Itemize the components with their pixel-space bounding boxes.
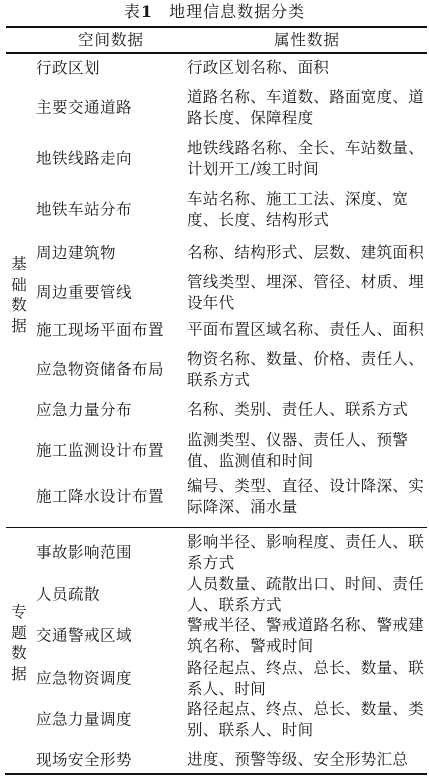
table-row: 人员疏散人员数量、疏散出口、时间、责任人、联系方式	[0, 574, 429, 616]
attribute-data-cell: 监测类型、仪器、责任人、预警值、监测值和时间	[187, 430, 425, 472]
table-row: 行政区划行政区划名称、面积	[0, 58, 429, 79]
table-row: 应急力量调度路径起点、终点、总长、数量、类别、联系人、时间	[0, 699, 429, 741]
attribute-data-cell: 行政区划名称、面积	[187, 58, 425, 79]
spatial-data-cell: 主要交通道路	[36, 98, 132, 119]
table-row: 周边重要管线管线类型、埋深、管径、材质、埋设年代	[0, 272, 429, 314]
table-row: 现场安全形势进度、预警等级、安全形势汇总	[0, 750, 429, 771]
attribute-data-cell: 地铁线路名称、全长、车站数量、计划开工/竣工时间	[187, 138, 425, 180]
table-row: 施工现场平面布置平面布置区域名称、责任人、面积	[0, 320, 429, 341]
spatial-data-cell: 交通警戒区域	[36, 626, 132, 647]
table-row: 地铁线路走向地铁线路名称、全长、车站数量、计划开工/竣工时间	[0, 138, 429, 180]
caption-number: 1	[141, 2, 153, 21]
spatial-data-cell: 事故影响范围	[36, 543, 132, 564]
section-divider	[6, 527, 427, 528]
table-row: 周边建筑物名称、结构形式、层数、建筑面积	[0, 243, 429, 264]
table-row: 主要交通道路道路名称、车道数、路面宽度、道路长度、保障程度	[0, 87, 429, 129]
attribute-data-cell: 路径起点、终点、总长、数量、联系人、时间	[187, 658, 425, 700]
spatial-data-cell: 应急力量调度	[36, 710, 132, 731]
attribute-data-cell: 影响半径、影响程度、责任人、联系方式	[187, 532, 425, 574]
spatial-data-cell: 施工现场平面布置	[36, 320, 164, 341]
spatial-data-cell: 应急物资储备布局	[36, 360, 164, 381]
spatial-data-cell: 周边重要管线	[36, 283, 132, 304]
table-row: 应急物资储备布局物资名称、数量、价格、责任人、联系方式	[0, 349, 429, 391]
attribute-data-cell: 管线类型、埋深、管径、材质、埋设年代	[187, 272, 425, 314]
spatial-data-cell: 施工监测设计布置	[36, 441, 164, 462]
top-rule	[6, 26, 427, 28]
caption-label: 表	[124, 2, 141, 21]
attribute-data-cell: 名称、类别、责任人、联系方式	[187, 400, 425, 421]
caption-title: 地理信息数据分类	[169, 2, 305, 21]
table-row: 施工降水设计布置编号、类型、直径、设计降深、实际降深、涌水量	[0, 476, 429, 518]
spatial-data-cell: 周边建筑物	[36, 243, 116, 264]
spatial-data-cell: 应急物资调度	[36, 669, 132, 690]
attribute-data-cell: 路径起点、终点、总长、数量、类别、联系人、时间	[187, 699, 425, 741]
header-spatial: 空间数据	[36, 29, 186, 52]
spatial-data-cell: 地铁车站分布	[36, 200, 132, 221]
spatial-data-cell: 行政区划	[36, 58, 100, 79]
attribute-data-cell: 警戒半径、警戒道路名称、警戒建筑名称、警戒时间	[187, 615, 425, 657]
table-row: 交通警戒区域警戒半径、警戒道路名称、警戒建筑名称、警戒时间	[0, 615, 429, 657]
attribute-data-cell: 车站名称、施工工法、深度、宽度、长度、结构形式	[187, 189, 425, 231]
attribute-data-cell: 平面布置区域名称、责任人、面积	[187, 320, 425, 341]
attribute-data-cell: 进度、预警等级、安全形势汇总	[187, 750, 425, 771]
spatial-data-cell: 人员疏散	[36, 585, 100, 606]
spatial-data-cell: 施工降水设计布置	[36, 487, 164, 508]
spatial-data-cell: 现场安全形势	[36, 750, 132, 771]
bottom-rule	[5, 773, 427, 775]
spatial-data-cell: 应急力量分布	[36, 400, 132, 421]
table-caption: 表1地理信息数据分类	[0, 1, 429, 23]
attribute-data-cell: 道路名称、车道数、路面宽度、道路长度、保障程度	[187, 87, 425, 129]
table-row: 地铁车站分布车站名称、施工工法、深度、宽度、长度、结构形式	[0, 189, 429, 231]
attribute-data-cell: 名称、结构形式、层数、建筑面积	[187, 243, 425, 264]
attribute-data-cell: 物资名称、数量、价格、责任人、联系方式	[187, 349, 425, 391]
header-rule	[6, 52, 427, 54]
table-row: 应急物资调度路径起点、终点、总长、数量、联系人、时间	[0, 658, 429, 700]
header-attribute: 属性数据	[187, 29, 427, 52]
attribute-data-cell: 人员数量、疏散出口、时间、责任人、联系方式	[187, 574, 425, 616]
table-row: 施工监测设计布置监测类型、仪器、责任人、预警值、监测值和时间	[0, 430, 429, 472]
table-row: 应急力量分布名称、类别、责任人、联系方式	[0, 400, 429, 421]
attribute-data-cell: 编号、类型、直径、设计降深、实际降深、涌水量	[187, 476, 425, 518]
spatial-data-cell: 地铁线路走向	[36, 149, 132, 170]
table-row: 事故影响范围影响半径、影响程度、责任人、联系方式	[0, 532, 429, 574]
